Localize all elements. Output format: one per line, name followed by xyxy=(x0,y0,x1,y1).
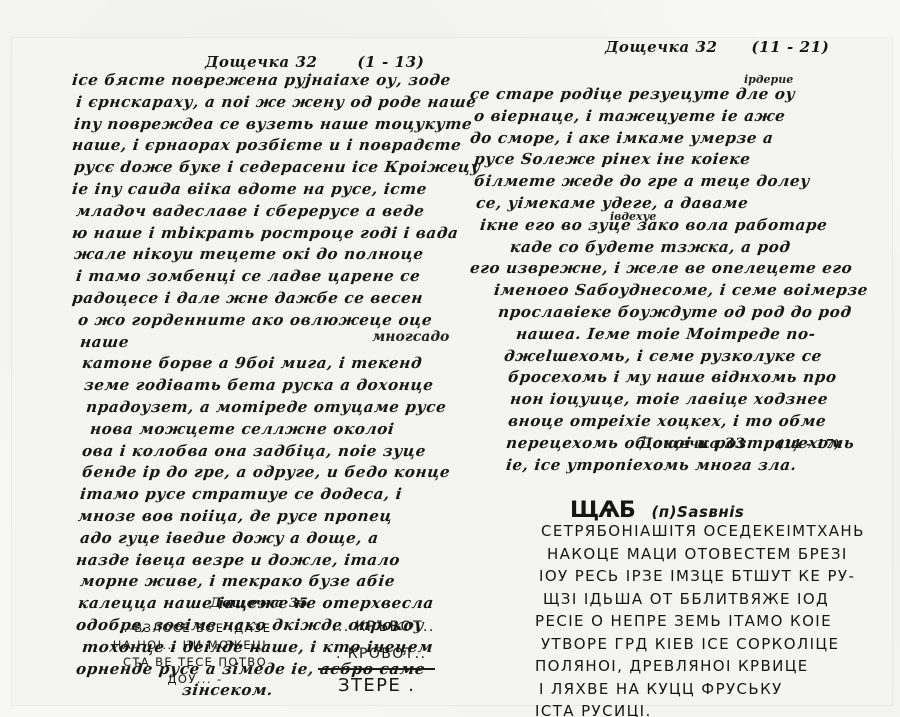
text-line: iтамо русе стратиуе се додеса, i xyxy=(71,484,482,506)
text-line: ДОУ... - xyxy=(100,671,290,688)
text-line: нова можцете селлжне околоi xyxy=(71,419,482,441)
tablet-33-heading: Дощечка 33 (14 - 17) xyxy=(640,436,840,452)
text-line: мнозе вов поiiца, де русе пропец xyxy=(71,506,482,528)
text-line: прославiеке боуждуте од род до род xyxy=(469,302,869,324)
text-line: русе Ѕолеже рiнех iне коiеке xyxy=(469,149,869,171)
text-line: наше, i єрнаорах розбiєте и i поврадєте xyxy=(71,135,482,157)
text-line: ова i колобва она задбiца, поiе зуце xyxy=(71,441,482,463)
text-line: НАКОЦЕ МАЦИ ОТОВЕСТЕМ БРЕЗI xyxy=(533,543,865,566)
fragment-line: ... КРЪВОТ.. xyxy=(318,614,435,641)
right-heading-title: Дощечка 32 xyxy=(605,38,718,56)
text-line: радоцесе i дале жне дажбе се весен xyxy=(71,288,482,310)
left-heading-range: (1 - 13) xyxy=(357,53,424,71)
text-line: УТВОРЕ ГРД КIЕВ IСЕ СОРКОЛIЦЕ xyxy=(533,633,865,656)
text-line: нон iоцуице, тоiе лавiце ходзнее xyxy=(469,389,869,411)
text-line: I ЛЯХВЕ НА КУЦЦ ФРУСЬКУ xyxy=(533,678,865,701)
text-line: каде со будете тзжка, а род xyxy=(469,237,869,259)
text-line: русє dоже буке i седерасени ice Кроiжецу xyxy=(71,157,482,179)
tablet-33-text: СЕТРЯБОНIАШIТЯ ОСЕДЕКЕIМТХАНЬНАКОЦЕ МАЦИ… xyxy=(533,520,865,717)
left-heading: Дощечка 32 (1 - 13) xyxy=(205,53,424,71)
right-heading-range: (11 - 21) xyxy=(751,38,829,56)
text-line: прадоузет, а мотiреде отуцаме русе xyxy=(71,397,482,419)
text-line: ю наше i тbiкрать ростроце годi i вада xyxy=(71,223,482,245)
tablet-35-right-fragments: ... КРЪВОТ.. . КРОВОТ.. ЗТЕРЕ . xyxy=(318,614,435,699)
text-line: жале нiкоуи тецете окi до полноце xyxy=(71,244,482,266)
text-line: НА НОI... НИ МОЖЕЦI.. xyxy=(100,637,290,654)
tablet-35-heading: Дощечка 35 xyxy=(210,596,308,611)
text-line: до сморе, i аке iмкаме умерзе а xyxy=(469,128,869,150)
tablet-33-range: (14 - 17) xyxy=(777,437,841,451)
text-line: IСТА РУСИЦI. xyxy=(533,700,865,717)
text-line: РЕСIЕ О НЕПРЕ ЗЕМЬ IТАМО КОIЕ xyxy=(533,610,865,633)
fragment-line: ЗТЕРЕ . xyxy=(318,668,435,699)
text-line: назде iвеца везре и дожле, iтало xyxy=(71,550,482,572)
text-line: земе годiвать бета руска а дохонце xyxy=(71,375,482,397)
text-line: бенде iр до гре, а одруге, и бедо конце xyxy=(71,462,482,484)
left-heading-title: Дощечка 32 xyxy=(205,53,318,71)
text-line: СТА ВЕ ТЕСЕ ПОТВО xyxy=(100,654,290,671)
text-line: iкне его во зуце зако вола работаре xyxy=(469,215,869,237)
text-line: ПОЛЯНОI, ДРЕВЛЯНОI КРВИЦЕ xyxy=(533,655,865,678)
text-line: i єрнскараху, а поi же жену од роде наше xyxy=(71,92,482,114)
text-line: бросехомь i му наше вiднхомь про xyxy=(469,367,869,389)
text-line: се, уiмекаме удеге, а даваме xyxy=(469,193,869,215)
text-line: ..-ВЗЛОСЕ ВОЕ IДАЗЕ xyxy=(100,620,290,637)
right-heading: Дощечка 32 (11 - 21) xyxy=(605,38,829,56)
text-line: IОУ РЕСЬ IРЗЕ IМЗЦЕ БТШУТ КЕ РУ- xyxy=(533,565,865,588)
text-line: адо гуце iведие дожу а доще, а xyxy=(71,528,482,550)
text-line: ie iny саuда вiiка вдоте на русе, iсте xyxy=(71,179,482,201)
text-line: младоч вадеславе i сберерусе а веде xyxy=(71,201,482,223)
right-column-text: се старе родiце резуецуте дле оуо вiерна… xyxy=(470,84,868,476)
fragment-line: . КРОВОТ.. xyxy=(318,641,435,668)
scanned-page: Дощечка 32 (1 - 13) ice бясте поврежена … xyxy=(0,0,900,717)
text-line: о вiернаце, i тажецуете ie аже xyxy=(469,106,869,128)
tablet-35-left-fragments: ..-ВЗЛОСЕ ВОЕ IДАЗЕНА НОI... НИ МОЖЕЦI..… xyxy=(100,620,290,688)
text-line: i тамо зомбенцi се ладве царене се xyxy=(71,266,482,288)
text-line: бiлмете жеде до гре а теце долеу xyxy=(469,171,869,193)
text-line: его изврежне, i желе ве опелецете его xyxy=(469,258,869,280)
text-line: джеlшехомь, i семе рузколуке се xyxy=(469,346,869,368)
text-line: iny повреждеа се вузеть наше тоцукуте xyxy=(71,114,482,136)
text-line: ice бясте поврежена руjнаiаxе оу, зоде xyxy=(71,70,482,92)
text-line: вноце отреiхiе хоцкех, i то обме xyxy=(469,411,869,433)
text-line: морне живе, i текрако бузе абiе xyxy=(71,571,482,593)
text-line: ЩЗI IДЬША ОТ ББЛИТВЯЖЕ IОД xyxy=(533,588,865,611)
tablet-33-ornament-title: (п)Ѕаsвнiѕ xyxy=(651,503,744,521)
text-line: се старе родiце резуецуте дле оу xyxy=(469,84,869,106)
text-line: ie, iсе утропiехомь многа зла. xyxy=(469,455,869,477)
text-line: СЕТРЯБОНIАШIТЯ ОСЕДЕКЕIМТХАНЬ xyxy=(533,520,865,543)
text-line: нашеа. Iеме тоiе Моiтреде по- xyxy=(469,324,869,346)
text-line: iменоео Ѕабоуднесоме, i семе воiмерзе xyxy=(469,280,869,302)
left-interlinear-note: многсадо xyxy=(372,329,449,345)
tablet-33-title: Дощечка 33 xyxy=(640,436,745,452)
text-line: катоне борве а 9бoi мига, i текенд xyxy=(71,353,482,375)
